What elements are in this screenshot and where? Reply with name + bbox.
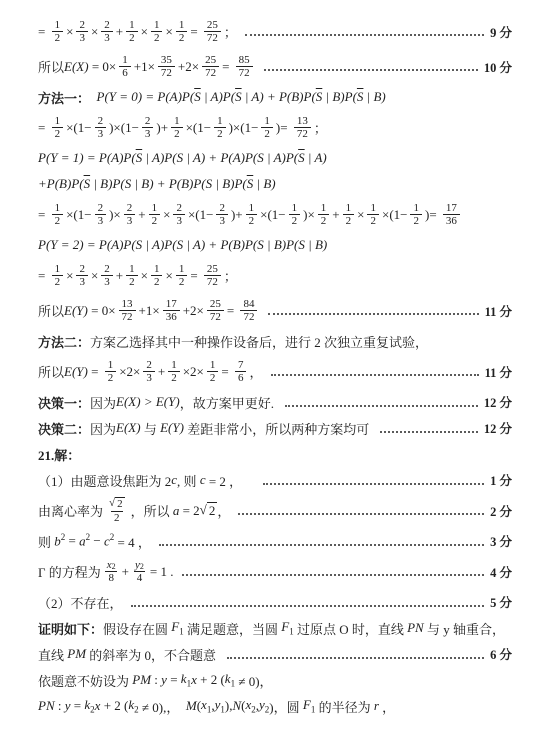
text-run: = xyxy=(227,303,238,319)
fraction-denominator: 2 xyxy=(367,214,379,227)
doc-line: （2）不存在，5 分 xyxy=(38,589,512,615)
fraction-denominator: 6 xyxy=(235,371,247,384)
fraction-denominator: 72 xyxy=(207,310,224,323)
fraction: 12 xyxy=(261,115,273,141)
doc-line: 依题意不妨设为 PM : y = k1x + 2 (k1 ≠ 0)， xyxy=(38,667,512,693)
fraction: 23 xyxy=(101,19,113,45)
superscript: 2 xyxy=(112,563,116,571)
fraction-numerator: 1 xyxy=(214,115,226,127)
text-run: × xyxy=(165,24,172,40)
dot-leader xyxy=(227,657,484,659)
fraction: 2572 xyxy=(207,298,224,324)
math-superscripted: c2 xyxy=(104,533,114,549)
fraction-denominator: 4 xyxy=(134,571,146,584)
fraction-numerator: 1 xyxy=(151,263,163,275)
text-run: Γ 的方程为 xyxy=(38,562,101,581)
fraction-numerator: 1 xyxy=(207,359,219,371)
text-run: + xyxy=(122,564,129,580)
text-run: +1× xyxy=(134,59,155,75)
dot-leader xyxy=(380,431,477,433)
fraction-numerator: 25 xyxy=(207,298,224,310)
fraction-numerator: 1 xyxy=(318,202,330,214)
score-label: 6 分 xyxy=(490,645,512,663)
text-run: ≠ 0)， xyxy=(235,671,272,690)
fraction-numerator: 25 xyxy=(202,54,219,66)
fraction: 12 xyxy=(149,202,161,228)
fraction-denominator: 2 xyxy=(261,127,273,140)
fraction-denominator: 6 xyxy=(119,66,131,79)
fraction-denominator: 72 xyxy=(204,31,221,44)
fraction-denominator: 2 xyxy=(214,127,226,140)
fraction-denominator: 2 xyxy=(176,275,188,288)
text-run: )× xyxy=(303,207,315,223)
fraction-numerator: 1 xyxy=(289,202,301,214)
doc-line: 决策一：因为E(X) > E(Y)，故方案甲更好. 12 分 xyxy=(38,389,512,415)
math-run: PM xyxy=(67,646,86,662)
text-run: = xyxy=(38,120,49,136)
doc-line: 方法一： P(Y = 0) = P(A)P(S | A)P(S | A) + P… xyxy=(38,84,512,110)
text-run: × xyxy=(165,268,172,284)
text-run: × xyxy=(66,268,73,284)
doc-line: 21.解： xyxy=(38,441,512,467)
fraction-numerator: 17 xyxy=(443,202,460,214)
text-run: 因为 xyxy=(90,419,116,438)
fraction: 1736 xyxy=(443,202,460,228)
fraction-denominator: 2 xyxy=(52,31,64,44)
label-bold: 21.解： xyxy=(38,445,80,464)
math-subscripted: x1 xyxy=(201,697,211,715)
dot-leader xyxy=(285,405,478,407)
fraction: 23 xyxy=(173,202,185,228)
math-superscripted: a2 xyxy=(79,533,90,549)
fraction-denominator: 3 xyxy=(173,214,185,227)
text-run: = xyxy=(221,364,232,380)
math-subscripted: k2 xyxy=(128,697,138,715)
text-run: − xyxy=(90,533,104,549)
fraction-numerator: 1 xyxy=(261,115,273,127)
doc-line: 方法二：方案乙选择其中一种操作设备后，进行 2 次独立重复试验， xyxy=(38,328,512,354)
text-run: )，圆 xyxy=(269,697,303,716)
score-label: 2 分 xyxy=(490,502,512,520)
fraction-denominator: 2 xyxy=(410,214,422,227)
fraction-numerator: 13 xyxy=(294,115,311,127)
text-run: ×(1− xyxy=(66,207,92,223)
math-run: E(Y) xyxy=(160,420,184,436)
fraction-denominator: 2 xyxy=(171,127,183,140)
text-run: × xyxy=(66,24,73,40)
superscript: 2 xyxy=(140,563,144,571)
fraction-numerator: 1 xyxy=(119,54,131,66)
fraction-numerator: 1 xyxy=(149,202,161,214)
fraction-numerator: 17 xyxy=(163,298,180,310)
fraction: 16 xyxy=(119,54,131,80)
text-run: 过原点 O 时，直线 xyxy=(294,619,407,638)
text-run: ； xyxy=(224,22,237,41)
text-run: ； xyxy=(314,118,327,137)
fraction-numerator: 35 xyxy=(158,54,175,66)
math-subscripted: k1 xyxy=(181,671,191,689)
text-run: ×(1− xyxy=(66,120,92,136)
math-subscripted: k1 xyxy=(225,671,235,689)
text-run: = 2 ， xyxy=(206,471,256,490)
fraction: 12 xyxy=(168,359,180,385)
math-run: | B) xyxy=(253,176,275,192)
fraction: 23 xyxy=(124,202,136,228)
text-run: , 则 xyxy=(177,471,200,490)
fraction: 12 xyxy=(367,202,379,228)
text-run: × xyxy=(357,207,364,223)
fraction-denominator: 72 xyxy=(236,66,253,79)
fraction: 12 xyxy=(52,115,64,141)
dot-leader xyxy=(271,374,479,376)
fraction-denominator: 3 xyxy=(101,275,113,288)
fraction: 23 xyxy=(95,202,107,228)
fraction-numerator: 1 xyxy=(176,263,188,275)
label-bold: 证明如下： xyxy=(38,619,103,638)
fraction: 12 xyxy=(318,202,330,228)
math-subscripted: x2 xyxy=(245,697,255,715)
dot-leader xyxy=(131,605,485,607)
label-bold: 方法一： xyxy=(38,88,90,107)
text-run: ， xyxy=(379,697,395,716)
text-run: 因为 xyxy=(90,393,116,412)
fraction: 12 xyxy=(126,263,138,289)
dot-leader xyxy=(238,513,484,515)
math-run: N xyxy=(232,698,241,714)
text-run: ×(1− xyxy=(188,207,214,223)
fraction-denominator: 2 xyxy=(126,275,138,288)
fraction: 1736 xyxy=(163,298,180,324)
fraction-denominator: 2 xyxy=(105,371,117,384)
fraction-numerator: 1 xyxy=(105,359,117,371)
text-run: = xyxy=(222,59,233,75)
fraction: 2572 xyxy=(204,263,221,289)
dot-leader xyxy=(263,483,484,485)
math-run: E(Y) xyxy=(64,303,88,319)
text-run: 差距非常小，所以两种方案均可 xyxy=(184,419,373,438)
fraction-denominator: 3 xyxy=(76,31,88,44)
math-run: | A) + P(B)P( xyxy=(242,89,316,105)
text-run: × xyxy=(91,268,98,284)
fraction: 8472 xyxy=(240,298,257,324)
fraction-numerator: 2 xyxy=(101,19,113,31)
text-run: )×(1− xyxy=(109,120,139,136)
fraction-numerator: 1 xyxy=(343,202,355,214)
fraction-denominator: 2 xyxy=(52,214,64,227)
fraction-denominator: 3 xyxy=(101,31,113,44)
fraction: 12 xyxy=(105,359,117,385)
text-run: = xyxy=(38,24,49,40)
math-subscripted: y2 xyxy=(259,697,269,715)
fraction-numerator: 2 xyxy=(143,359,155,371)
fraction: 12 xyxy=(214,115,226,141)
text-run: 直线 xyxy=(38,645,67,664)
fraction: 23 xyxy=(142,115,154,141)
fraction: 12 xyxy=(52,19,64,45)
label-bold: 方法二： xyxy=(38,332,90,351)
fraction-numerator: y2 xyxy=(132,559,147,571)
fraction: 1372 xyxy=(119,298,136,324)
score-label: 11 分 xyxy=(485,302,512,320)
fraction-numerator: 13 xyxy=(119,298,136,310)
fraction: 8572 xyxy=(236,54,253,80)
math-run: E(X) > E(Y) xyxy=(116,394,180,410)
text-run: 方案乙选择其中一种操作设备后，进行 2 次独立重复试验， xyxy=(90,332,428,351)
math-subscripted: F1 xyxy=(281,619,293,637)
fraction-denominator: 72 xyxy=(202,66,219,79)
math-run: | A)P( xyxy=(201,89,235,105)
dot-leader xyxy=(268,313,478,315)
fraction-denominator: 3 xyxy=(142,127,154,140)
score-label: 10 分 xyxy=(484,58,512,76)
fraction: 2572 xyxy=(204,19,221,45)
text-run: : xyxy=(151,672,161,688)
text-run: = 4 ， xyxy=(114,532,151,551)
dot-leader xyxy=(182,574,485,576)
text-run: 依题意不妨设为 xyxy=(38,671,132,690)
text-run: = xyxy=(38,207,49,223)
text-run: 所以 xyxy=(38,57,64,76)
fraction-numerator: 2 xyxy=(76,263,88,275)
math-run: PN xyxy=(38,698,55,714)
fraction: 12 xyxy=(410,202,422,228)
score-label: 11 分 xyxy=(485,363,512,381)
doc-line: = 12×23×23+12×12×12= 2572；9 分 xyxy=(38,14,512,49)
fraction-numerator: 1 xyxy=(52,202,64,214)
math-run: | B) xyxy=(363,89,385,105)
text-run: ×2× xyxy=(183,364,204,380)
text-run: )× xyxy=(109,207,121,223)
fraction-denominator: 72 xyxy=(294,127,311,140)
text-run: +2× xyxy=(183,303,204,319)
fraction-denominator: 3 xyxy=(95,127,107,140)
fraction-numerator: 1 xyxy=(126,19,138,31)
text-run: = xyxy=(88,364,102,380)
fraction-denominator: 2 xyxy=(151,275,163,288)
fraction-numerator: 2 xyxy=(173,202,185,214)
fraction-denominator: 2 xyxy=(343,214,355,227)
fraction-numerator: 1 xyxy=(52,263,64,275)
fraction: 23 xyxy=(76,263,88,289)
doc-line: 证明如下：假设存在圆 F1 满足题意，当圆 F1 过原点 O 时，直线 PN 与… xyxy=(38,615,512,641)
text-run: × xyxy=(91,24,98,40)
math-run: +P(B)P( xyxy=(38,176,84,192)
fraction-denominator: 8 xyxy=(105,571,117,584)
score-label: 4 分 xyxy=(490,563,512,581)
text-run: = xyxy=(190,24,201,40)
math-subscripted: F1 xyxy=(303,697,315,715)
fraction-denominator: 2 xyxy=(318,214,330,227)
fraction: 12 xyxy=(151,263,163,289)
text-run: + 2 ( xyxy=(100,698,128,714)
text-run: + 2 ( xyxy=(197,672,225,688)
fraction-numerator: 2 xyxy=(76,19,88,31)
text-run: + xyxy=(158,364,165,380)
fraction-numerator: 1 xyxy=(52,19,64,31)
fraction: 12 xyxy=(289,202,301,228)
doc-line: 所以E(Y) = 12×2×23+12×2×12= 76，11 分 xyxy=(38,354,512,389)
fraction-denominator: 3 xyxy=(124,214,136,227)
text-run: = xyxy=(190,268,201,284)
fraction-denominator: 3 xyxy=(95,214,107,227)
text-run: 的半径为 xyxy=(315,697,374,716)
doc-line: P(Y = 1) = P(A)P(S | A)P(S | A) + P(A)P(… xyxy=(38,145,512,171)
label-bold: 决策一： xyxy=(38,393,90,412)
text-run: +2× xyxy=(178,59,199,75)
fraction: 12 xyxy=(171,115,183,141)
text-run: 的斜率为 0，不合题意 xyxy=(86,645,219,664)
score-label: 1 分 xyxy=(490,471,512,489)
fraction: 23 xyxy=(216,202,228,228)
fraction-denominator: 2 xyxy=(52,275,64,288)
fraction: 23 xyxy=(95,115,107,141)
text-run: 满足题意，当圆 xyxy=(184,619,282,638)
score-label: 12 分 xyxy=(484,419,512,437)
text-run: ， xyxy=(217,501,230,520)
fraction-denominator: 36 xyxy=(163,310,180,323)
fraction: x28 xyxy=(104,559,119,585)
doc-line: 直线 PM 的斜率为 0，不合题意 6 分 xyxy=(38,641,512,667)
text-run: 所以 xyxy=(38,301,64,320)
fraction-denominator: 3 xyxy=(76,275,88,288)
text-run: = 0× xyxy=(88,303,116,319)
text-run: = xyxy=(65,533,79,549)
text-run: 与 y 轴重合， xyxy=(424,619,505,638)
fraction: 12 xyxy=(207,359,219,385)
text-run: = 2 xyxy=(179,503,199,519)
fraction-numerator: 1 xyxy=(126,263,138,275)
math-run: | A)P(S | A) + P(A)P(S | A)P( xyxy=(142,150,298,166)
text-run: = xyxy=(38,268,49,284)
doc-line: = 12×23×23+12×12×12= 2572； xyxy=(38,258,512,293)
text-run: = 1 . xyxy=(150,564,174,580)
text-run: ； xyxy=(224,266,237,285)
doc-line: 所以E(X) = 0×16+1×3572+2×2572= 857210 分 xyxy=(38,49,512,84)
fraction: 23 xyxy=(101,263,113,289)
doc-line: = 12×(1−23)×23+12×23×(1−23)+12×(1−12)×12… xyxy=(38,197,512,232)
text-run: × xyxy=(141,268,148,284)
text-run: )= xyxy=(276,120,291,136)
fraction-numerator: 25 xyxy=(204,19,221,31)
fraction: 2572 xyxy=(202,54,219,80)
text-run: 假设存在圆 xyxy=(103,619,171,638)
doc-line: = 12×(1−23)×(1−23)+12×(1−12)×(1−12)= 137… xyxy=(38,110,512,145)
doc-line: 决策二：因为E(X) 与 E(Y) 差距非常小，所以两种方案均可 12 分 xyxy=(38,415,512,441)
fraction: 12 xyxy=(52,263,64,289)
text-run: ×(1− xyxy=(186,120,212,136)
fraction: 76 xyxy=(235,359,247,385)
fraction-numerator: 2 xyxy=(95,202,107,214)
fraction-numerator: 1 xyxy=(52,115,64,127)
math-run: E(X) xyxy=(116,420,141,436)
fraction: 12 xyxy=(343,202,355,228)
fraction-denominator: 2 xyxy=(207,371,219,384)
fraction: 3572 xyxy=(158,54,175,80)
math-run: E(Y) xyxy=(64,364,88,380)
text-run: 所以 xyxy=(38,362,64,381)
text-run: 则 xyxy=(38,532,54,551)
fraction-denominator: 2 xyxy=(149,214,161,227)
fraction: 23 xyxy=(76,19,88,45)
fraction: 12 xyxy=(176,263,188,289)
math-run: E(X) xyxy=(64,59,89,75)
text-run: × xyxy=(141,24,148,40)
text-run: : xyxy=(55,698,65,714)
fraction-denominator: 2 xyxy=(126,31,138,44)
text-run: ×2× xyxy=(119,364,140,380)
math-run: P(Y = 1) = P(A)P( xyxy=(38,150,136,166)
fraction-denominator: 72 xyxy=(119,310,136,323)
text-run: （1）由题意设焦距为 2 xyxy=(38,471,171,490)
fraction: √22 xyxy=(106,497,128,524)
fraction-numerator: 7 xyxy=(235,359,247,371)
math-run: P(Y = 2) = P(A)P(S | A)P(S | A) + P(B)P(… xyxy=(38,237,327,253)
sqrt-radical: √2 xyxy=(109,497,125,510)
score-label: 3 分 xyxy=(490,532,512,550)
fraction: 12 xyxy=(176,19,188,45)
doc-line: PN : y = k2x + 2 (k2 ≠ 0),， M(x1,y1),N(x… xyxy=(38,693,512,719)
text-run: ， xyxy=(249,362,262,381)
sqrt-radical: √2 xyxy=(200,502,218,519)
fraction-numerator: 1 xyxy=(176,19,188,31)
fraction-numerator: 2 xyxy=(142,115,154,127)
text-run: = 0× xyxy=(89,59,117,75)
fraction-numerator: 84 xyxy=(240,298,257,310)
fraction-numerator: 1 xyxy=(151,19,163,31)
doc-line: Γ 的方程为x28+y24= 1 .4 分 xyxy=(38,554,512,589)
text-run: )+ xyxy=(156,120,168,136)
fraction-denominator: 2 xyxy=(246,214,258,227)
fraction-denominator: 36 xyxy=(443,214,460,227)
text-run: （2）不存在， xyxy=(38,593,123,612)
text-run: = xyxy=(167,672,181,688)
doc-line: P(Y = 2) = P(A)P(S | A)P(S | A) + P(B)P(… xyxy=(38,232,512,258)
fraction-numerator: 2 xyxy=(216,202,228,214)
math-superscripted: b2 xyxy=(54,533,65,549)
dot-leader xyxy=(264,69,478,71)
dot-leader xyxy=(245,34,484,36)
document-page: = 12×23×23+12×12×12= 2572；9 分所以E(X) = 0×… xyxy=(0,0,552,732)
text-run: )+ xyxy=(231,207,243,223)
score-label: 5 分 xyxy=(490,593,512,611)
fraction-denominator: 2 xyxy=(176,31,188,44)
fraction-numerator: 85 xyxy=(236,54,253,66)
text-run: ×(1− xyxy=(382,207,408,223)
math-subscripted: F1 xyxy=(171,619,183,637)
doc-line: 由离心率为√22，所以 a = 2√2，2 分 xyxy=(38,493,512,528)
fraction-denominator: 72 xyxy=(240,310,257,323)
fraction: 12 xyxy=(246,202,258,228)
math-run: P(Y = 0) = P(A)P( xyxy=(97,89,195,105)
fraction-denominator: 2 xyxy=(168,371,180,384)
fraction-denominator: 2 xyxy=(52,127,64,140)
dot-leader xyxy=(159,544,484,546)
fraction-numerator: 2 xyxy=(101,263,113,275)
math-run: | B)P( xyxy=(322,89,357,105)
math-run: | A) xyxy=(305,150,327,166)
fraction-numerator: 1 xyxy=(367,202,379,214)
math-run: PN xyxy=(407,620,424,636)
doc-line: 所以E(Y) = 0×1372+1×1736+2×2572= 847211 分 xyxy=(38,293,512,328)
fraction-numerator: 1 xyxy=(168,359,180,371)
fraction-numerator: 2 xyxy=(95,115,107,127)
fraction-denominator: 2 xyxy=(151,31,163,44)
radicand: 2 xyxy=(115,497,125,510)
fraction: 12 xyxy=(52,202,64,228)
text-run: + xyxy=(332,207,339,223)
fraction: 1372 xyxy=(294,115,311,141)
text-run: )×(1− xyxy=(229,120,259,136)
